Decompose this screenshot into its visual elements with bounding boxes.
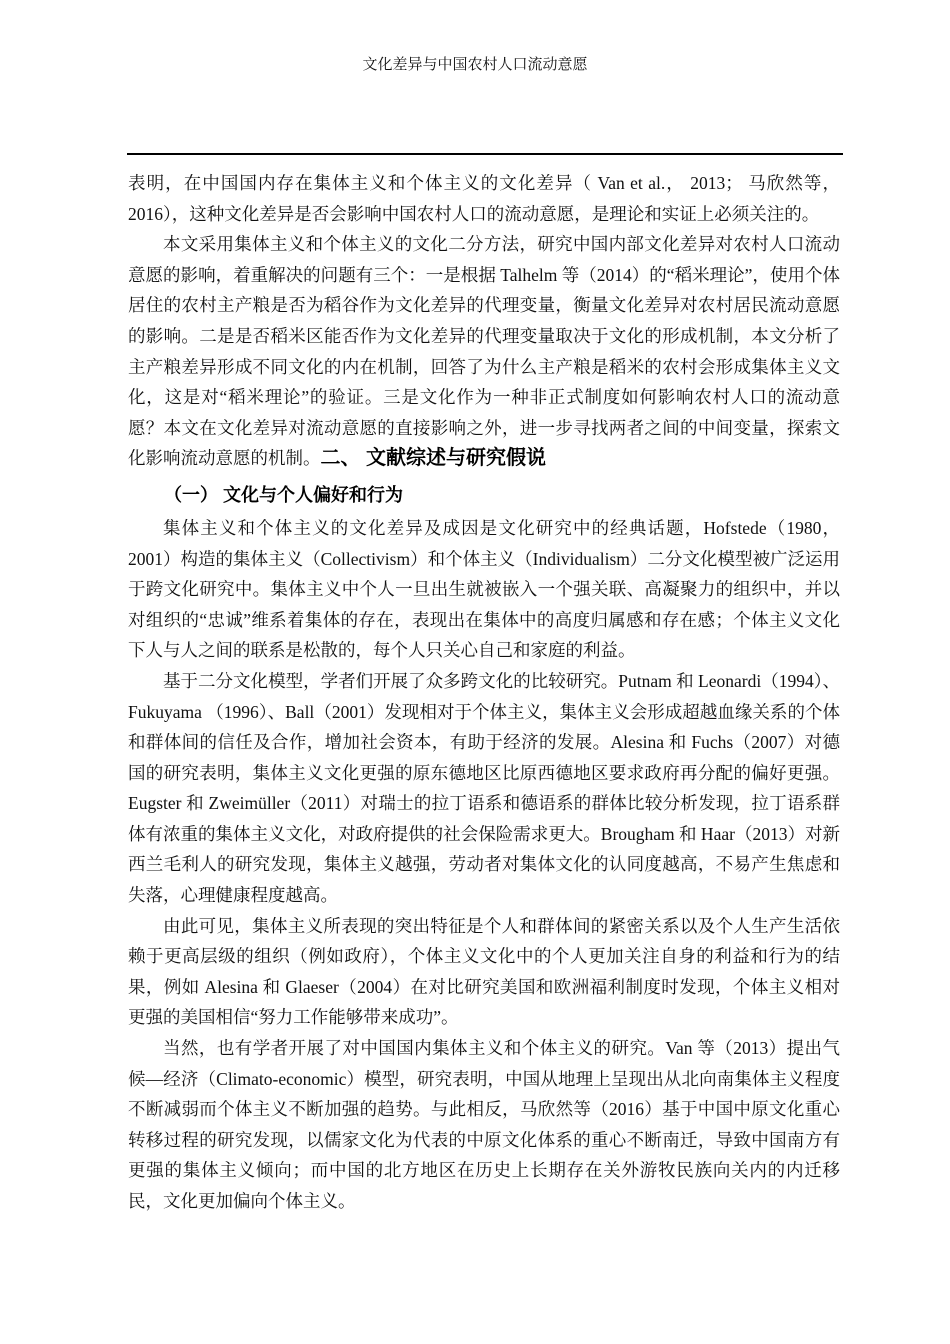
paragraph-three-questions: 本文采用集体主义和个体主义的文化二分方法，研究中国内部文化差异对农村人口流动意愿… (128, 229, 840, 474)
section-heading: 二、 文献综述与研究假说 (321, 447, 547, 469)
paper-page: 文化差异与中国农村人口流动意愿 表明，在中国国内存在集体主义和个体主义的文化差异… (0, 0, 950, 1344)
paragraph-cross-culture: 基于二分文化模型，学者们开展了众多跨文化的比较研究。Putnam 和 Leona… (128, 666, 840, 911)
paragraph-summary: 由此可见，集体主义所表现的突出特征是个人和群体间的紧密关系以及个人生产生活依赖于… (128, 911, 840, 1033)
document-body: 表明，在中国国内存在集体主义和个体主义的文化差异（ Van et al.， 20… (128, 168, 840, 1217)
subsection-heading: （一） 文化与个人偏好和行为 (128, 480, 840, 510)
header-rule (127, 153, 843, 155)
running-title: 文化差异与中国农村人口流动意愿 (0, 53, 950, 74)
paragraph-three-questions-text: 本文采用集体主义和个体主义的文化二分方法，研究中国内部文化差异对农村人口流动意愿… (128, 234, 840, 468)
paragraph-opening: 表明，在中国国内存在集体主义和个体主义的文化差异（ Van et al.， 20… (128, 168, 840, 229)
paragraph-china-studies: 当然，也有学者开展了对中国国内集体主义和个体主义的研究。Van 等（2013）提… (128, 1033, 840, 1217)
paragraph-culture-classic: 集体主义和个体主义的文化差异及成因是文化研究中的经典话题，Hofstede（19… (128, 513, 840, 666)
